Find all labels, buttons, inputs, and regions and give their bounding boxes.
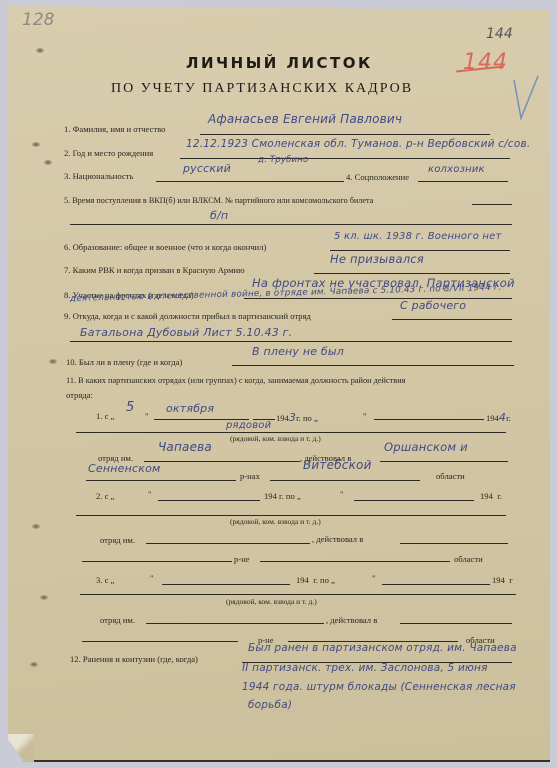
- quote-mark: ": [148, 489, 152, 499]
- document-sheet: 128 144 144 ЛИЧНЫЙ ЛИСТОК ПО УЧЕТУ ПАРТИ…: [8, 6, 550, 762]
- quote-mark: ": [340, 489, 344, 499]
- entry1-num: 1. с „: [96, 411, 114, 421]
- entry2-year-from: 194 г. по „: [264, 491, 301, 501]
- value-wounds-line1: Был ранен в партизанском отряд. им. Чапа…: [248, 642, 517, 654]
- entry3-detachment-label: отряд им.: [100, 615, 135, 625]
- value-army: Не призывался: [330, 252, 424, 266]
- label-arrival: 9. Откуда, когда и с какой должности при…: [64, 311, 311, 321]
- value-captivity: В плену не был: [252, 345, 344, 358]
- label-detachments: 11. В каких партизанских отрядах (или гр…: [66, 376, 405, 385]
- label-education: 6. Образование: общее и военное (что и к…: [64, 242, 266, 252]
- punch-hole: [30, 662, 38, 667]
- entry2-position-caption: (рядовой, ком. взвода и т. д.): [230, 517, 321, 526]
- punch-hole: [49, 359, 57, 364]
- entry1-month: октября: [166, 402, 214, 415]
- label-army: 7. Каким РВК и когда призван в Красную А…: [64, 265, 245, 275]
- label-captivity: 10. Был ли в плену (где и когда): [66, 357, 182, 367]
- label-nationality: 3. Национальность: [64, 171, 133, 181]
- value-arrival-line2: Батальона Дубовый Лист 5.10.43 г.: [80, 326, 292, 339]
- punch-hole: [40, 595, 48, 600]
- archive-number: 128: [22, 10, 54, 30]
- entry2-year-to: 194 г.: [480, 491, 502, 501]
- entry1-district-label: р-нах: [240, 471, 260, 481]
- entry1-region: Витебской: [303, 458, 372, 472]
- entry1-year-from: 1943г. по „: [276, 411, 318, 424]
- check-mark-icon: [513, 74, 539, 120]
- entry1-region-label: области: [436, 471, 465, 481]
- value-full-name: Афанасьев Евгений Павлович: [208, 112, 402, 126]
- label-birth: 2. Год и место рождения: [64, 148, 153, 158]
- form-title: ЛИЧНЫЙ ЛИСТОК: [186, 54, 373, 72]
- entry2-region-label: области: [454, 554, 483, 564]
- entry2-detachment-label: отряд им.: [100, 535, 135, 545]
- label-party: 5. Время поступления в ВКП(б) или ВЛКСМ.…: [64, 196, 373, 205]
- entry3-year-to: 194 г: [492, 575, 513, 585]
- value-arrival: С рабочего: [400, 299, 466, 312]
- entry1-year-to: 1944г.: [486, 411, 511, 424]
- punch-hole: [44, 160, 52, 165]
- sheet-number-top: 144: [486, 26, 513, 42]
- punch-hole: [32, 142, 40, 147]
- value-social-status: колхозник: [428, 164, 485, 175]
- entry2-acted-label: , действовал в: [312, 534, 363, 544]
- entry2-district-label: р-не: [234, 554, 250, 564]
- quote-mark: ": [372, 573, 376, 583]
- label-wounds: 12. Ранения и контузии (где, когда): [70, 654, 198, 664]
- value-nationality: русский: [183, 162, 231, 175]
- value-birth-line2: д. Трубино: [258, 155, 308, 165]
- value-party: б/п: [210, 209, 228, 222]
- entry3-position-caption: (рядовой, ком. взвода и т. д.): [226, 597, 317, 606]
- label-detachments-line2: отряда:: [66, 390, 93, 400]
- entry2-num: 2. с „: [96, 491, 114, 501]
- value-wounds-line4: борьба): [248, 699, 292, 711]
- value-education: 5 кл. шк. 1938 г. Военного нет: [334, 231, 502, 242]
- quote-mark: ": [150, 573, 154, 583]
- entry1-acted-in: Оршанском и: [384, 440, 468, 454]
- value-wounds-line3: 1944 года. штурм блокады (Сенненская лес…: [242, 681, 516, 693]
- entry1-district: Сенненском: [88, 462, 161, 475]
- entry3-num: 3. с „: [96, 575, 114, 585]
- value-wounds-line2: II партизанск. трех. им. Заслонова, 5 ию…: [242, 662, 488, 674]
- value-birth: 12.12.1923 Смоленская обл. Туманов. р-н …: [186, 138, 530, 150]
- punch-hole: [32, 524, 40, 529]
- quote-mark: ": [363, 411, 367, 421]
- sheet-number-red: 144: [463, 50, 508, 75]
- entry3-year-from: 194 г. по „: [296, 575, 335, 585]
- label-social-status: 4. Соцположение: [346, 172, 409, 182]
- entry3-acted-label: , действовал в: [326, 615, 377, 625]
- entry1-detachment: Чапаева: [158, 440, 212, 454]
- entry1-day: 5: [126, 400, 134, 415]
- folded-corner: [8, 734, 34, 762]
- quote-mark: ": [145, 411, 149, 421]
- form-subtitle: ПО УЧЕТУ ПАРТИЗАНСКИХ КАДРОВ: [111, 81, 413, 97]
- entry1-position: рядовой: [226, 420, 271, 431]
- entry1-position-caption: (рядовой, ком. взвода и т. д.): [230, 434, 321, 443]
- label-full-name: 1. Фамилия, имя и отчество: [64, 124, 165, 134]
- punch-hole: [36, 48, 44, 53]
